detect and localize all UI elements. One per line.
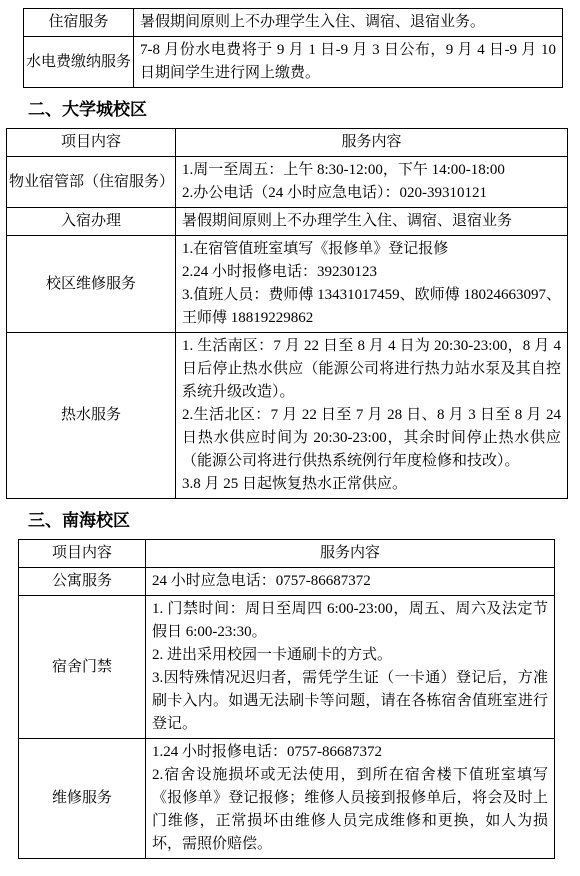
content-line: 1. 生活南区：7 月 22 日至 8 月 4 日为 20:30-23:00，8… <box>182 335 561 404</box>
item-column-header: 项目内容 <box>19 540 146 568</box>
table-row: 公寓服务 24 小时应急电话：0757-86687372 <box>19 568 555 596</box>
table-row: 维修服务 1.24 小时报修电话：0757-86687372 2.宿舍设施损坏或… <box>19 739 555 859</box>
service-content-cell: 1.周一至周五：上午 8:30-12:00，下午 14:00-18:00 2.办… <box>176 157 568 208</box>
table-row: 宿舍门禁 1. 门禁时间：周日至周四 6:00-23:00，周五、周六及法定节假… <box>19 596 555 739</box>
service-content-cell: 1. 门禁时间：周日至周四 6:00-23:00，周五、周六及法定节假日 6:0… <box>146 596 555 739</box>
table-row: 入宿办理 暑假期间原则上不办理学生入住、调宿、退宿业务 <box>7 208 568 236</box>
content-line: 1.在宿管值班室填写《报修单》登记报修 <box>182 238 561 261</box>
content-column-header: 服务内容 <box>176 129 568 157</box>
service-content-cell: 1.在宿管值班室填写《报修单》登记报修 2.24 小时报修电话：39230123… <box>176 236 568 333</box>
item-name-cell: 宿舍门禁 <box>19 596 146 739</box>
item-name-cell: 住宿服务 <box>24 9 134 37</box>
content-column-header: 服务内容 <box>146 540 555 568</box>
nanhai-campus-services-table: 项目内容 服务内容 公寓服务 24 小时应急电话：0757-86687372 宿… <box>18 539 555 859</box>
content-line: 1. 门禁时间：周日至周四 6:00-23:00，周五、周六及法定节假日 6:0… <box>152 598 548 644</box>
item-name-cell: 维修服务 <box>19 739 146 859</box>
content-line: 2.宿舍设施损坏或无法使用，到所在宿舍楼下值班室填写《报修单》登记报修；维修人员… <box>152 764 548 856</box>
table-row: 水电费缴纳服务 7-8 月份水电费将于 9 月 1 日-9 月 3 日公布，9 … <box>24 37 563 88</box>
service-content-cell: 1. 生活南区：7 月 22 日至 8 月 4 日为 20:30-23:00，8… <box>176 333 568 499</box>
table-row: 住宿服务 暑假期间原则上不办理学生入住、调宿、退宿业务。 <box>24 9 563 37</box>
table-row: 物业宿管部（住宿服务） 1.周一至周五：上午 8:30-12:00，下午 14:… <box>7 157 568 208</box>
content-line: 2.24 小时报修电话：39230123 <box>182 261 561 284</box>
item-name-cell: 校区维修服务 <box>7 236 176 333</box>
service-content-cell: 24 小时应急电话：0757-86687372 <box>146 568 555 596</box>
service-content-cell: 7-8 月份水电费将于 9 月 1 日-9 月 3 日公布，9 月 4 日-9 … <box>134 37 563 88</box>
item-name-cell: 物业宿管部（住宿服务） <box>7 157 176 208</box>
section-heading-university-town-campus: 二、大学城校区 <box>28 99 580 121</box>
table-header-row: 项目内容 服务内容 <box>19 540 555 568</box>
table-row: 校区维修服务 1.在宿管值班室填写《报修单》登记报修 2.24 小时报修电话：3… <box>7 236 568 333</box>
service-content-cell: 暑假期间原则上不办理学生入住、调宿、退宿业务。 <box>134 9 563 37</box>
document-page: 住宿服务 暑假期间原则上不办理学生入住、调宿、退宿业务。 水电费缴纳服务 7-8… <box>0 0 580 876</box>
item-name-cell: 入宿办理 <box>7 208 176 236</box>
university-town-campus-services-table: 项目内容 服务内容 物业宿管部（住宿服务） 1.周一至周五：上午 8:30-12… <box>6 128 568 499</box>
carryover-services-table: 住宿服务 暑假期间原则上不办理学生入住、调宿、退宿业务。 水电费缴纳服务 7-8… <box>23 8 563 88</box>
service-content-cell: 1.24 小时报修电话：0757-86687372 2.宿舍设施损坏或无法使用，… <box>146 739 555 859</box>
content-line: 2. 进出采用校园一卡通刷卡的方式。 <box>152 644 548 667</box>
content-line: 2.生活北区：7 月 22 日至 7 月 28 日、8 月 3 日至 8 月 2… <box>182 404 561 473</box>
content-line: 24 小时应急电话：0757-86687372 <box>152 570 548 593</box>
item-column-header: 项目内容 <box>7 129 176 157</box>
section-heading-nanhai-campus: 三、南海校区 <box>28 510 580 532</box>
content-line: 1.周一至周五：上午 8:30-12:00，下午 14:00-18:00 <box>182 159 561 182</box>
table-row: 热水服务 1. 生活南区：7 月 22 日至 8 月 4 日为 20:30-23… <box>7 333 568 499</box>
content-line: 暑假期间原则上不办理学生入住、调宿、退宿业务。 <box>140 11 556 34</box>
content-line: 2.办公电话（24 小时应急电话）：020-39310121 <box>182 182 561 205</box>
content-line: 3.值班人员：费师傅 13431017459、欧师傅 18024663097、王… <box>182 284 561 330</box>
content-line: 3.8 月 25 日起恢复热水正常供应。 <box>182 473 561 496</box>
content-line: 7-8 月份水电费将于 9 月 1 日-9 月 3 日公布，9 月 4 日-9 … <box>140 39 556 85</box>
content-line: 1.24 小时报修电话：0757-86687372 <box>152 741 548 764</box>
item-name-cell: 公寓服务 <box>19 568 146 596</box>
content-line: 暑假期间原则上不办理学生入住、调宿、退宿业务 <box>182 210 561 233</box>
content-line: 3.因特殊情况迟归者，需凭学生证（一卡通）登记后，方准刷卡入内。如遇无法刷卡等问… <box>152 667 548 736</box>
item-name-cell: 热水服务 <box>7 333 176 499</box>
item-name-cell: 水电费缴纳服务 <box>24 37 134 88</box>
table-header-row: 项目内容 服务内容 <box>7 129 568 157</box>
service-content-cell: 暑假期间原则上不办理学生入住、调宿、退宿业务 <box>176 208 568 236</box>
